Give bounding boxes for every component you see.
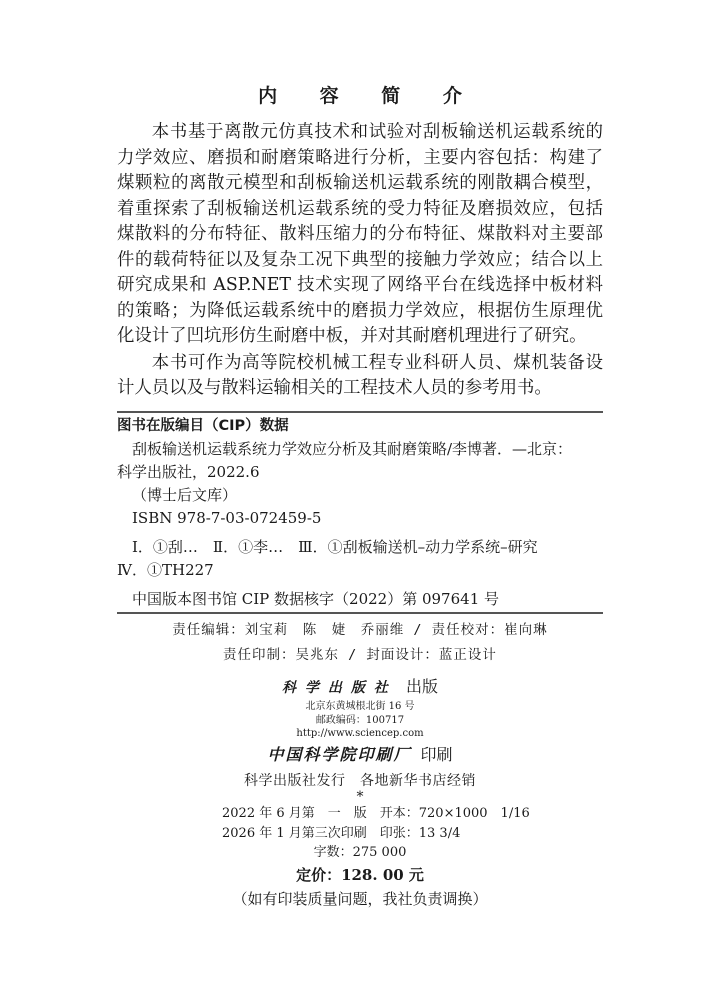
price: 定价：128. 00 元 xyxy=(117,863,603,887)
content-summary: 本书基于离散元仿真技术和试验对刮板输送机运载系统的力学效应、磨损和耐磨策略进行分… xyxy=(117,120,603,402)
editors-line: 责任编辑：刘宝莉 陈 婕 乔丽维 / 责任校对：崔向琳 xyxy=(117,618,603,643)
printer-logo: 中国科学院印刷厂 xyxy=(267,745,411,764)
specs-block: * 2022 年 6 月第 一 版 开本：720×1000 1/16 2026 … xyxy=(117,790,603,911)
printing-line: 2026 年 1 月第三次印刷 印张：13 3/4 xyxy=(117,824,603,844)
quality-notice: （如有印装质量问题，我社负责调换） xyxy=(117,887,603,911)
edition-line: 2022 年 6 月第 一 版 开本：720×1000 1/16 xyxy=(117,804,603,824)
publisher-line: 科学出版社 出版 xyxy=(117,675,603,700)
cip-heading: 图书在版编目（CIP）数据 xyxy=(117,415,289,437)
publisher-url: http://www.sciencep.com xyxy=(117,727,603,741)
page-title: 内 容 简 介 xyxy=(117,84,603,108)
printer-line: 中国科学院印刷厂 印刷 xyxy=(117,743,603,767)
summary-paragraph: 本书基于离散元仿真技术和试验对刮板输送机运载系统的力学效应、磨损和耐磨策略进行分… xyxy=(117,120,603,350)
printer-suffix: 印刷 xyxy=(421,745,453,764)
publisher-logo: 科学出版社 xyxy=(282,680,397,696)
cip-series: （博士后文库） xyxy=(117,484,603,507)
production-line: 责任印制：吴兆东 / 封面设计：蓝正设计 xyxy=(117,643,603,668)
cip-isbn: ISBN 978-7-03-072459-5 xyxy=(117,507,603,530)
cip-classification: Ⅰ．①刮… Ⅱ．①李… Ⅲ．①刮板输送机–动力学系统–研究 xyxy=(117,536,603,559)
cip-data-block: 刮板输送机运载系统力学效应分析及其耐磨策略/李博著．—北京： 科学出版社，202… xyxy=(117,438,603,611)
cip-classification-cont: Ⅳ．①TH227 xyxy=(117,559,603,582)
cip-title-line: 刮板输送机运载系统力学效应分析及其耐磨策略/李博著．—北京： xyxy=(117,438,603,461)
publisher-suffix: 出版 xyxy=(406,677,438,696)
publisher-address: 北京东黄城根北街 16 号 xyxy=(117,700,603,714)
cip-record-number: 中国版本图书馆 CIP 数据核字（2022）第 097641 号 xyxy=(117,588,603,611)
publisher-postcode: 邮政编码：100717 xyxy=(117,714,603,728)
cip-top-rule xyxy=(117,411,603,413)
summary-paragraph: 本书可作为高等院校机械工程专业科研人员、煤机装备设计人员以及与散料运输相关的工程… xyxy=(117,351,603,402)
cip-publisher-line: 科学出版社，2022.6 xyxy=(117,461,603,484)
publisher-block: 科学出版社 出版 北京东黄城根北街 16 号 邮政编码：100717 http:… xyxy=(117,675,603,793)
word-count: 字数：275 000 xyxy=(117,843,603,863)
cip-bottom-rule xyxy=(117,612,603,614)
credits-block: 责任编辑：刘宝莉 陈 婕 乔丽维 / 责任校对：崔向琳 责任印制：吴兆东 / 封… xyxy=(117,618,603,668)
separator-asterisk: * xyxy=(117,790,603,804)
